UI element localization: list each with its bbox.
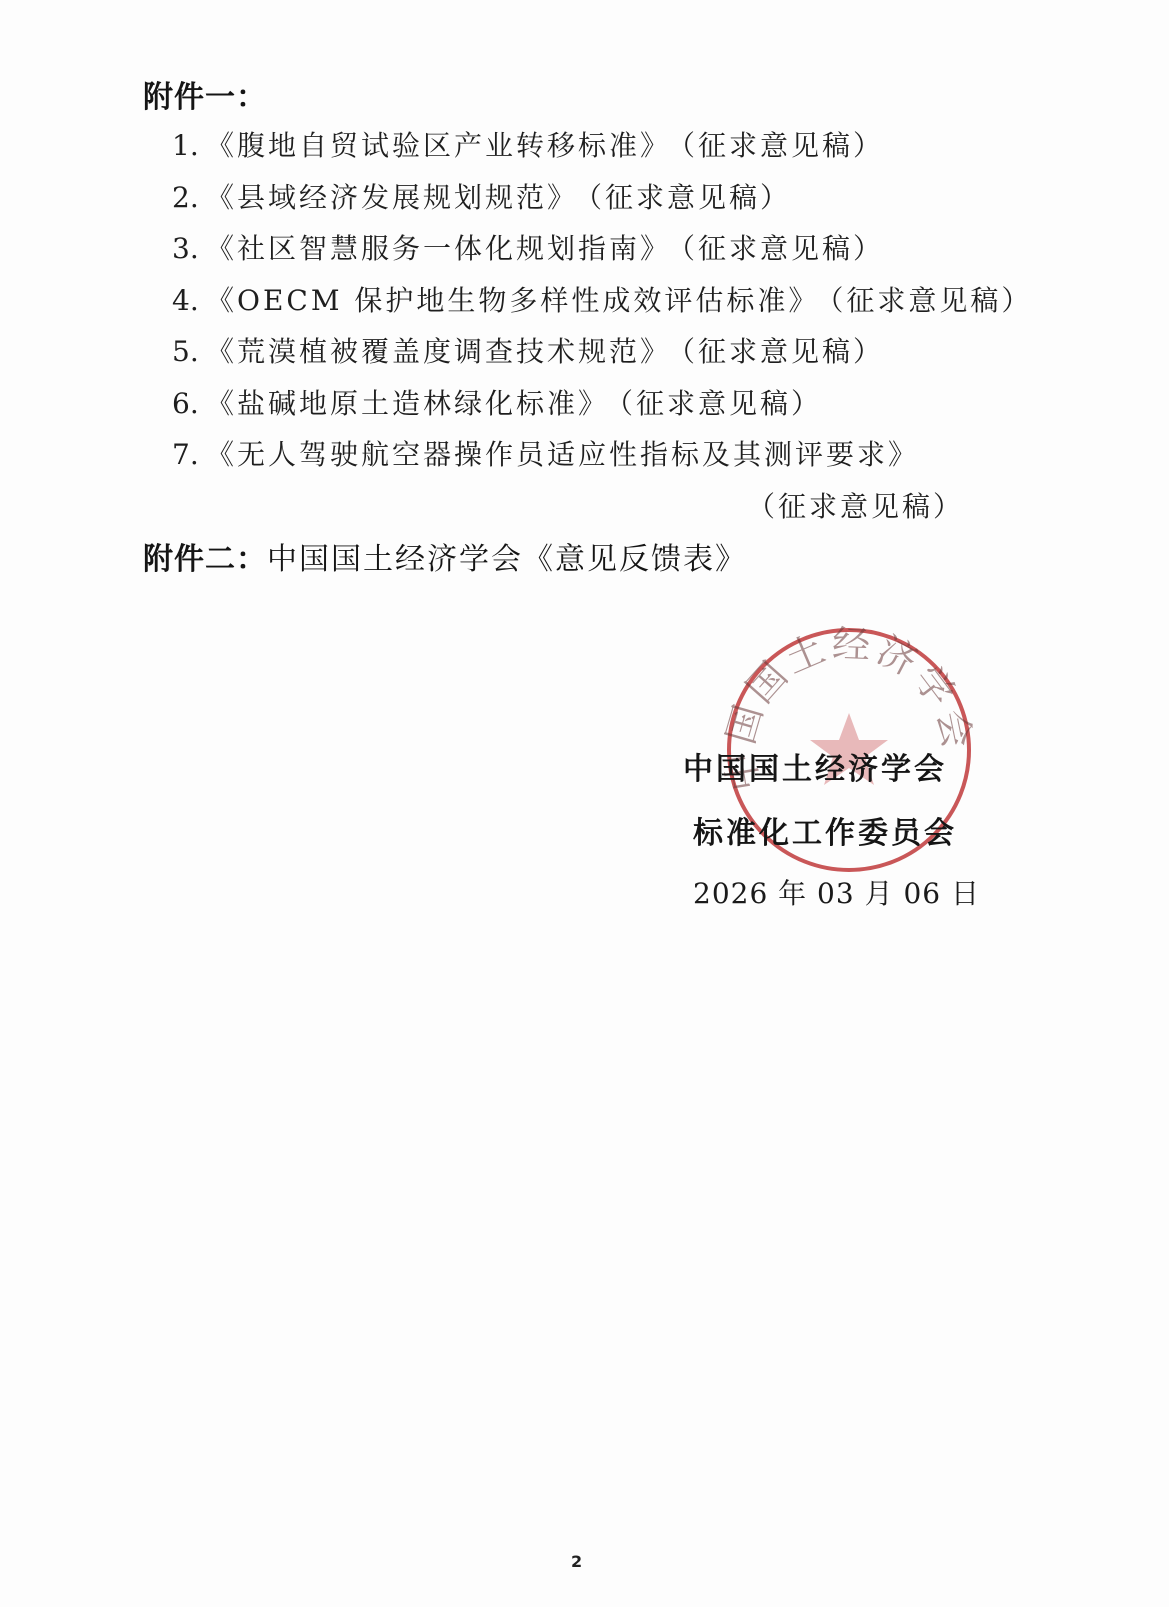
item-status: （征求意见稿） [588,181,791,214]
item-status: （征求意见稿） [829,284,1032,317]
item-title: 《县域经济发展规划规范》 [206,181,578,214]
list-item: 6.《盐碱地原土造林绿化标准》（征求意见稿） [172,382,1032,434]
item-title: 《无人驾驶航空器操作员适应性指标及其测评要求》 [206,438,919,471]
page-number: 2 [571,1552,582,1571]
item-title: 《腹地自贸试验区产业转移标准》 [206,129,671,162]
list-item: 7.《无人驾驶航空器操作员适应性指标及其测评要求》 [172,433,1032,485]
item-title: 《社区智慧服务一体化规划指南》 [206,232,671,265]
item-status: （征求意见稿） [681,335,884,368]
document-page: 附件一： 1.《腹地自贸试验区产业转移标准》（征求意见稿） 2.《县域经济发展规… [0,0,1169,1607]
attachment-two-label: 附件二： [143,542,267,577]
item-status: （征求意见稿） [681,129,884,162]
item-title: 《盐碱地原土造林绿化标准》 [206,387,609,420]
signature-date: 2026 年 03 月 06 日 [693,872,980,912]
list-item: 5.《荒漠植被覆盖度调查技术规范》（征求意见稿） [172,330,1032,382]
item-number: 1. [172,124,206,168]
item-number: 4. [172,279,206,323]
item-number: 6. [172,382,206,426]
list-item: 1.《腹地自贸试验区产业转移标准》（征求意见稿） [172,124,1032,176]
item-number: 7. [172,433,206,477]
attachment-two-line: 附件二：中国国土经济学会《意见反馈表》 [143,534,747,578]
signature-organization: 中国国土经济学会 [683,744,947,788]
attachment-one-heading: 附件一： [143,72,267,116]
signature-committee: 标准化工作委员会 [693,808,957,852]
list-item: 4.《OECM 保护地生物多样性成效评估标准》（征求意见稿） [172,279,1032,331]
item-number: 5. [172,330,206,374]
list-item: 2.《县域经济发展规划规范》（征求意见稿） [172,176,1032,228]
attachment-one-list: 1.《腹地自贸试验区产业转移标准》（征求意见稿） 2.《县域经济发展规划规范》（… [172,124,1032,485]
item-number: 2. [172,176,206,220]
item-title: 《OECM 保护地生物多样性成效评估标准》 [206,284,819,317]
item-title: 《荒漠植被覆盖度调查技术规范》 [206,335,671,368]
list-item: 3.《社区智慧服务一体化规划指南》（征求意见稿） [172,227,1032,279]
item-status: （征求意见稿） [619,387,822,420]
item-7-status-continuation: （征求意见稿） [747,485,964,529]
item-number: 3. [172,227,206,271]
attachment-two-text: 中国国土经济学会《意见反馈表》 [267,542,747,577]
item-status: （征求意见稿） [681,232,884,265]
